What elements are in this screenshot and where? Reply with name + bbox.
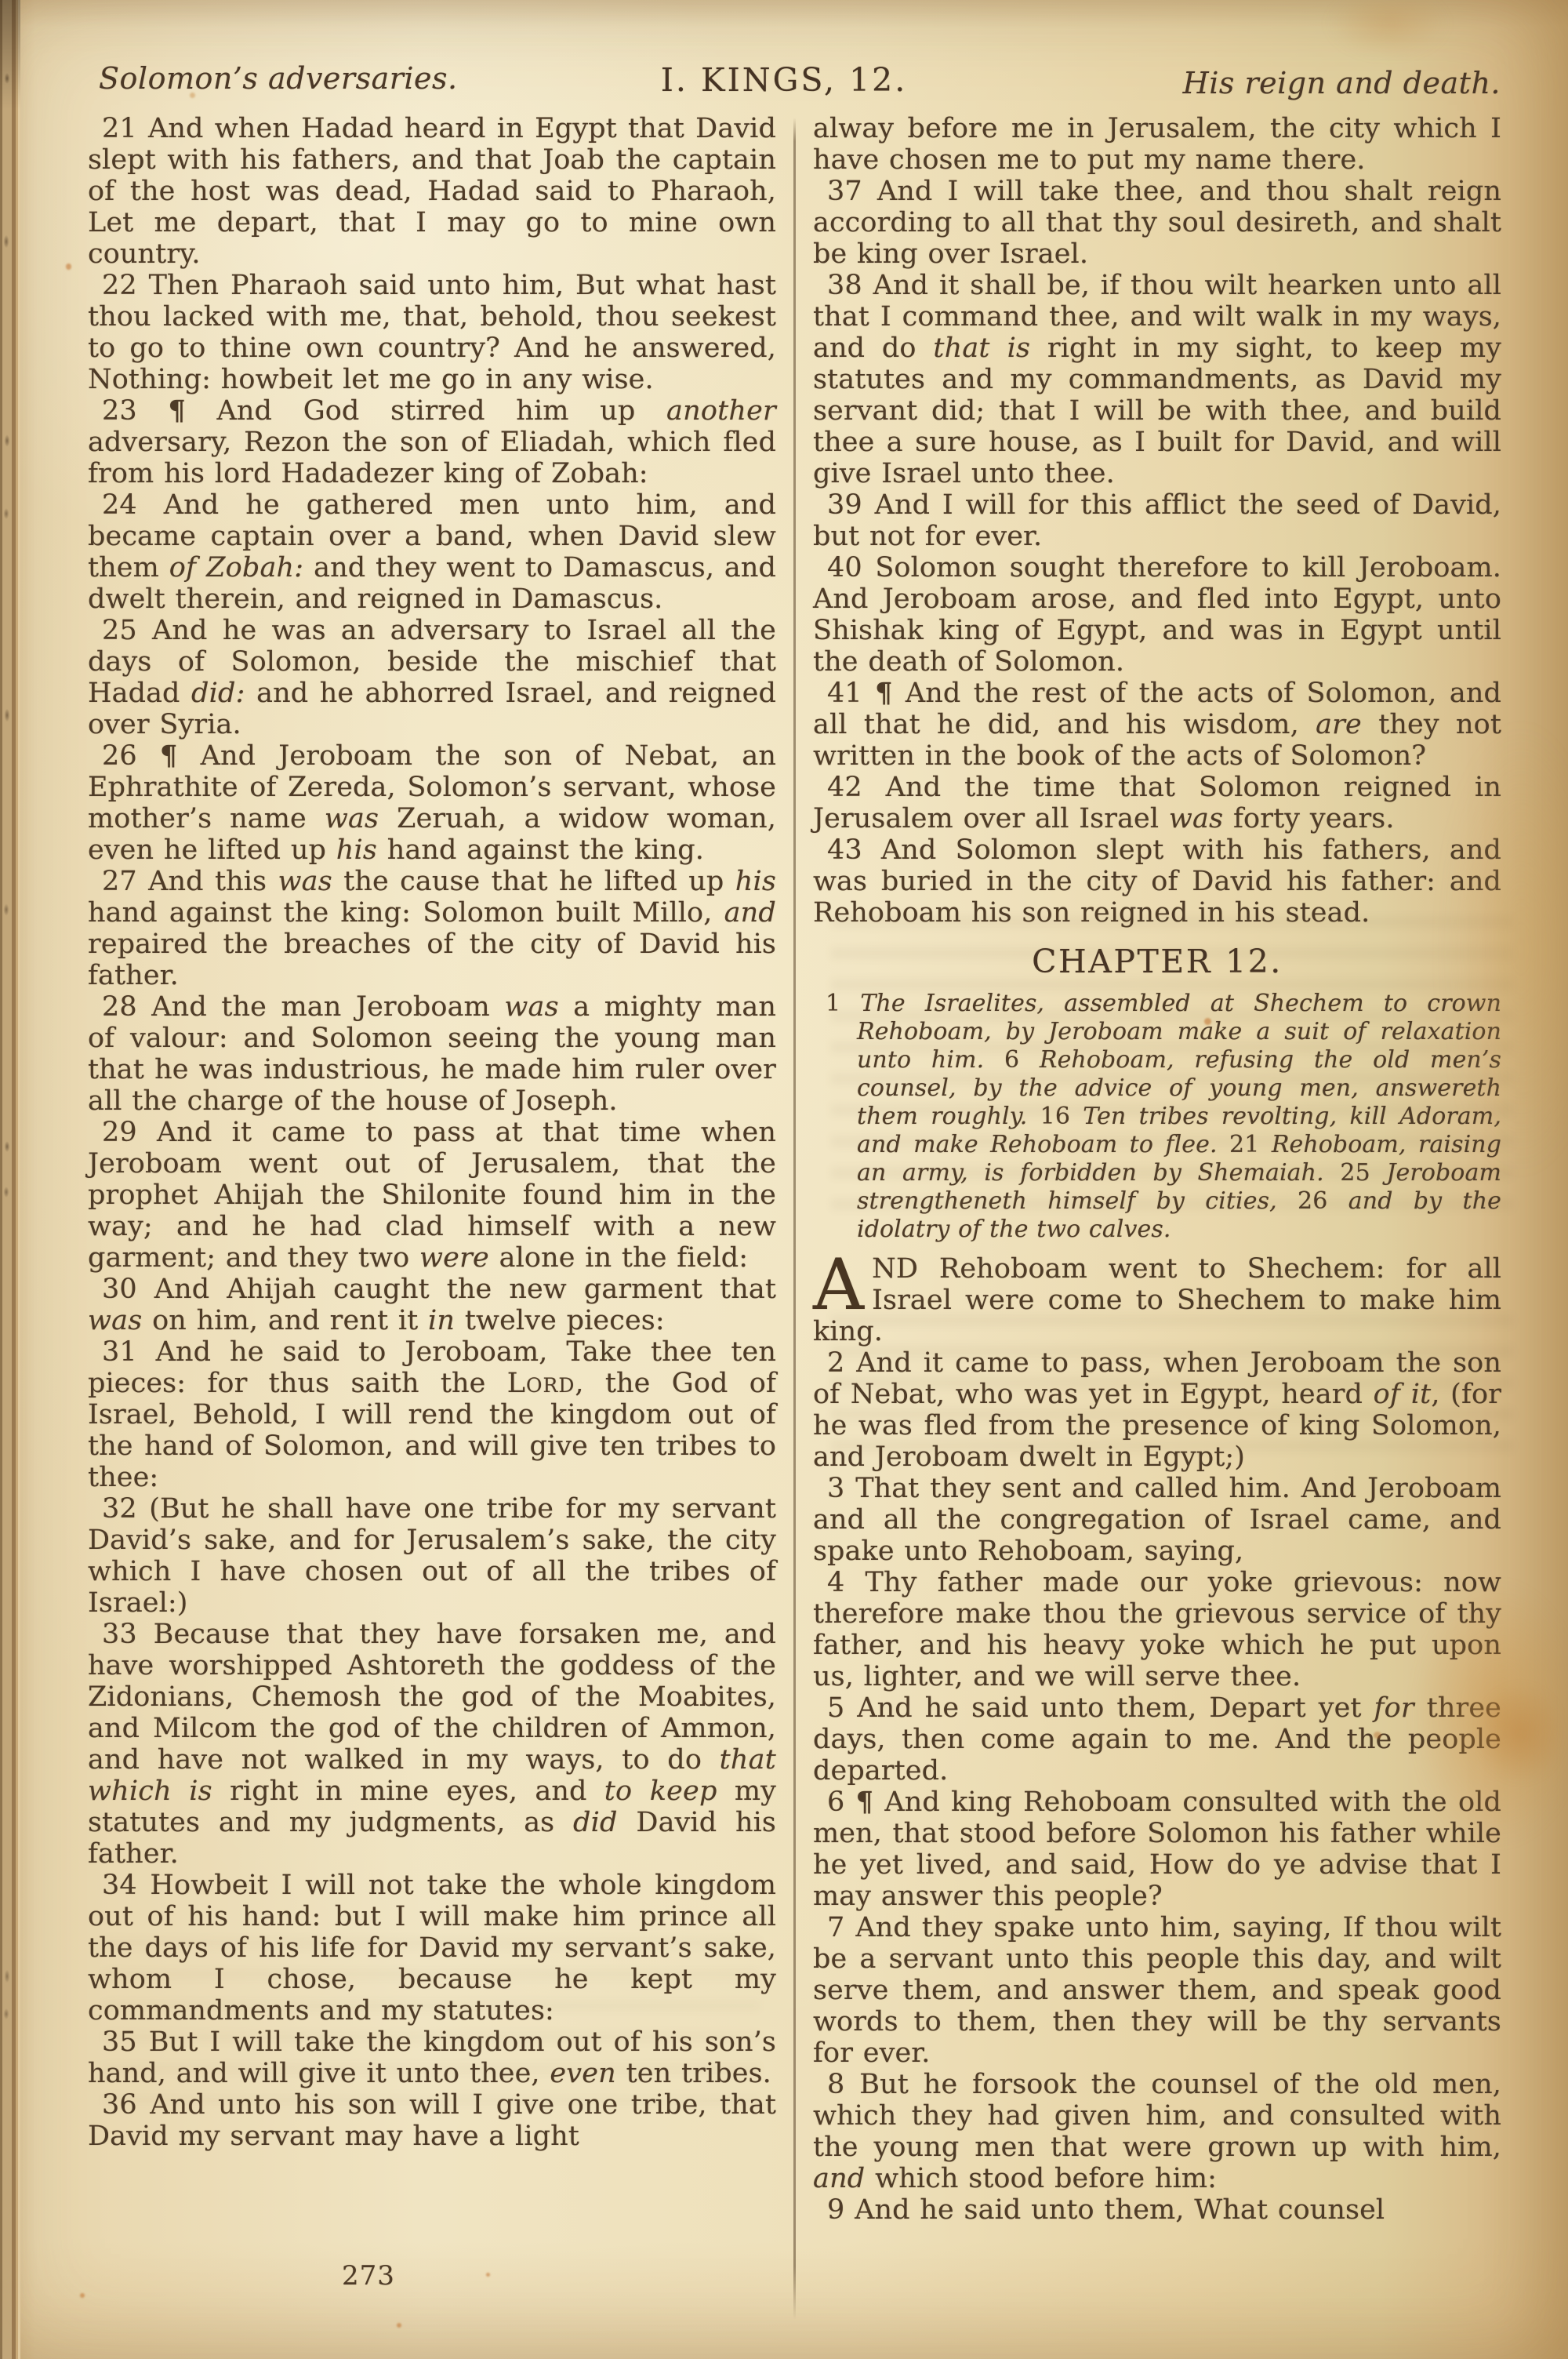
paper-speck — [1374, 1732, 1381, 1739]
verse-42: 42 And the time that Solomon reigned in … — [813, 772, 1501, 834]
verse-number: 43 — [827, 834, 862, 866]
verse-number: 34 — [102, 1870, 137, 1901]
verse-number: 31 — [102, 1336, 137, 1368]
verse-number: 30 — [102, 1274, 137, 1305]
verse-number: 23 — [102, 395, 137, 427]
verse-text: the cause that he lifted up — [332, 866, 735, 897]
verse-text: Thy father made our yoke grievous: now t… — [813, 1567, 1501, 1692]
page-number: 273 — [342, 2260, 395, 2292]
verse-text: forty years. — [1223, 803, 1394, 834]
verse-30: 30 And Ahijah caught the new garment tha… — [88, 1274, 776, 1336]
verse-text: even — [550, 2058, 616, 2089]
verse-text: to keep — [604, 1776, 717, 1807]
verse-number: 36 — [102, 2089, 137, 2121]
verse-text: And God stirred him up — [217, 395, 667, 427]
summary-verse-number: 1 — [826, 990, 860, 1017]
verse-41: 41 ¶ And the rest of the acts of Solomon… — [813, 678, 1501, 772]
verse-number: 42 — [827, 772, 862, 803]
paper-speck — [486, 2273, 490, 2277]
verse-text: And he said unto them, Depart yet — [857, 1692, 1374, 1724]
verse-text: repaired the breaches of the city of Dav… — [88, 929, 776, 991]
verse-number: 26 — [102, 740, 137, 772]
verse-31: 31 And he said to Jeroboam, Take thee te… — [88, 1336, 776, 1493]
verse-number: 8 — [827, 2069, 844, 2100]
verse-number: 4 — [827, 1567, 844, 1598]
verse-24: 24 And he gathered men unto him, and bec… — [88, 489, 776, 615]
summary-verse-number: 25 — [1324, 1159, 1387, 1187]
pilcrow-icon: ¶ — [168, 394, 185, 427]
pilcrow-icon: ¶ — [160, 740, 177, 772]
verse-number: 21 — [102, 113, 137, 144]
verse-text: and — [724, 897, 776, 929]
verse-text: Howbeit I will not take the whole kingdo… — [88, 1870, 776, 2026]
verse-number: 28 — [102, 991, 137, 1023]
two-column-text: 21 And when Hadad heard in Egypt that Da… — [88, 113, 1501, 2320]
verse-33: 33 Because that they have forsaken me, a… — [88, 1619, 776, 1870]
verse-number: 9 — [827, 2194, 844, 2226]
pilcrow-icon: ¶ — [875, 677, 892, 709]
verse-2: 2 And it came to pass, when Jeroboam the… — [813, 1347, 1501, 1473]
verse-text: Then Pharaoh said unto him, But what has… — [88, 270, 776, 395]
verse-text: And Ahijah caught the new garment that — [154, 1274, 776, 1305]
verse-text: alway before me in Jerusalem, the city w… — [813, 113, 1501, 176]
verse-text: and — [813, 2163, 865, 2194]
verse-text: Because that they have forsaken me, and … — [88, 1619, 776, 1776]
verse-number: 39 — [827, 489, 862, 521]
right-running-head: His reign and death. — [1183, 66, 1501, 100]
verse-text: were — [419, 1242, 489, 1274]
verse-text: hand against the king. — [377, 834, 704, 866]
verse-text: And this — [148, 866, 278, 897]
verse-number: 37 — [827, 176, 862, 207]
verse-text: And unto his son will I give one tribe, … — [88, 2089, 776, 2152]
verse-text: was — [504, 991, 558, 1023]
column-divider — [793, 118, 796, 2320]
paper-speck — [397, 2323, 401, 2328]
verse-text: on him, and rent it — [142, 1305, 428, 1336]
verse-text: in — [428, 1305, 455, 1336]
verse-text: And Solomon slept with his fathers, and … — [813, 834, 1501, 929]
previous-page-edge — [0, 0, 20, 2359]
verse-number: 40 — [827, 552, 862, 583]
pilcrow-icon: ¶ — [856, 1786, 873, 1818]
verse-text: of it — [1374, 1379, 1432, 1410]
verse-21: 21 And when Hadad heard in Egypt that Da… — [88, 113, 776, 270]
verse-7: 7 And they spake unto him, saying, If th… — [813, 1912, 1501, 2069]
verse-text: right in mine eyes, and — [212, 1776, 604, 1807]
verse-text: which stood before him: — [865, 2163, 1217, 2194]
verse-number: 22 — [102, 270, 137, 301]
book-page: Solomon’s adversaries. I. KINGS, 12. His… — [0, 0, 1568, 2359]
verse-29: 29 And it came to pass at that time when… — [88, 1117, 776, 1274]
verse-text: And I will take thee, and thou shalt rei… — [813, 176, 1501, 270]
verse-22: 22 Then Pharaoh said unto him, But what … — [88, 270, 776, 395]
verse-number: 3 — [827, 1473, 844, 1504]
verse-number: 27 — [102, 866, 137, 897]
divine-name-small-caps: Lord — [507, 1368, 575, 1399]
verse-number: 2 — [827, 1347, 844, 1379]
summary-verse-number: 16 — [1027, 1103, 1083, 1130]
summary-verse-number: 6 — [984, 1046, 1040, 1074]
verse-text: for — [1374, 1692, 1414, 1724]
verse-text: And king Rehoboam consulted with the old… — [813, 1787, 1501, 1912]
verse-35: 35 But I will take the kingdom out of hi… — [88, 2026, 776, 2089]
verse-37: 37 And I will take thee, and thou shalt … — [813, 176, 1501, 270]
verse-text: ten tribes. — [616, 2058, 771, 2089]
verse-number: 29 — [102, 1117, 137, 1148]
verse-text: another — [666, 395, 776, 427]
verse-text: twelve pieces: — [455, 1305, 665, 1336]
summary-verse-number: 26 — [1277, 1187, 1348, 1215]
verse-text: his — [336, 834, 377, 866]
paper-speck — [80, 2293, 85, 2298]
verse-text: And they spake unto him, saying, If thou… — [813, 1912, 1501, 2069]
verse-text: of Zobah: — [169, 552, 304, 583]
verse-40: 40 Solomon sought therefore to kill Jero… — [813, 552, 1501, 678]
page-header: Solomon’s adversaries. I. KINGS, 12. His… — [0, 61, 1568, 108]
chapter-heading: CHAPTER 12. — [813, 946, 1501, 977]
verse-34: 34 Howbeit I will not take the whole kin… — [88, 1870, 776, 2026]
summary-verse-number: 21 — [1218, 1131, 1272, 1158]
verse-4: 4 Thy father made our yoke grievous: now… — [813, 1567, 1501, 1692]
verse-43: 43 And Solomon slept with his fathers, a… — [813, 834, 1501, 929]
verse-1-dropcap: AND Rehoboam went to Shechem: for all Is… — [813, 1253, 1501, 1347]
verse-text: And the time that Solomon reigned in Jer… — [813, 772, 1501, 834]
verse-number: 5 — [827, 1692, 844, 1724]
verse-number: 33 — [102, 1619, 137, 1650]
verse-text: was — [278, 866, 332, 897]
right-column: alway before me in Jerusalem, the city w… — [813, 113, 1501, 2320]
verse-27: 27 And this was the cause that he lifted… — [88, 866, 776, 991]
verse-23: 23 ¶ And God stirred him up another adve… — [88, 395, 776, 489]
verse-text: That they sent and called him. And Jerob… — [813, 1473, 1501, 1567]
verse-25: 25 And he was an adversary to Israel all… — [88, 615, 776, 740]
verse-text: was — [325, 803, 379, 834]
verse-text: And the man Jeroboam — [151, 991, 504, 1023]
verse-text: And I will for this afflict the seed of … — [813, 489, 1501, 552]
verse-number: 41 — [827, 678, 862, 709]
verse-text: alone in the field: — [489, 1242, 748, 1274]
verse-9: 9 And he said unto them, What counsel — [813, 2194, 1501, 2226]
verse-text: And when Hadad heard in Egypt that David… — [88, 113, 776, 270]
paper-speck — [1204, 1018, 1211, 1025]
verse-text: (But he shall have one tribe for my serv… — [88, 1493, 776, 1619]
verse-number: 7 — [827, 1912, 844, 1943]
verse-number: 24 — [102, 489, 137, 521]
verse-text: his — [735, 866, 776, 897]
verse-continuation: alway before me in Jerusalem, the city w… — [813, 113, 1501, 176]
verse-5: 5 And he said unto them, Depart yet for … — [813, 1692, 1501, 1787]
verse-text: was — [1169, 803, 1223, 834]
paper-stain — [1301, 0, 1474, 71]
paper-speck — [66, 264, 71, 270]
book-chapter-title: I. KINGS, 12. — [661, 61, 908, 99]
verse-number: 32 — [102, 1493, 137, 1525]
verse-39: 39 And I will for this afflict the seed … — [813, 489, 1501, 552]
verse-text: And he said unto them, What counsel — [855, 2194, 1385, 2226]
verse-26: 26 ¶ And Jeroboam the son of Nebat, an E… — [88, 740, 776, 866]
left-column: 21 And when Hadad heard in Egypt that Da… — [88, 113, 776, 2320]
verse-32: 32 (But he shall have one tribe for my s… — [88, 1493, 776, 1619]
verse-text: But he forsook the counsel of the old me… — [813, 2069, 1501, 2163]
verse-text: did: — [191, 678, 245, 709]
verse-text: was — [88, 1305, 142, 1336]
verse-number: 38 — [827, 270, 862, 301]
chapter-summary: 1 The Israelites, assembled at Shechem t… — [813, 990, 1501, 1244]
verse-number: 6 — [827, 1787, 844, 1818]
verse-text: hand against the king: Solomon built Mil… — [88, 897, 724, 929]
drop-cap-letter: A — [813, 1256, 864, 1315]
verse-number: 35 — [102, 2026, 137, 2058]
verse-text: are — [1316, 709, 1362, 740]
verse-36: 36 And unto his son will I give one trib… — [88, 2089, 776, 2152]
verse-6: 6 ¶ And king Rehoboam consulted with the… — [813, 1787, 1501, 1912]
verse-text: adversary, Rezon the son of Eliadah, whi… — [88, 427, 776, 489]
verse-text: did — [573, 1807, 618, 1838]
verse-text: ND Rehoboam went to Shechem: for all Isr… — [813, 1253, 1501, 1347]
paper-speck — [190, 93, 195, 98]
verse-28: 28 And the man Jeroboam was a mighty man… — [88, 991, 776, 1117]
verse-38: 38 And it shall be, if thou wilt hearken… — [813, 270, 1501, 489]
verse-3: 3 That they sent and called him. And Jer… — [813, 1473, 1501, 1567]
verse-text: Solomon sought therefore to kill Jeroboa… — [813, 552, 1501, 678]
verse-number: 25 — [102, 615, 137, 646]
left-running-head: Solomon’s adversaries. — [99, 61, 458, 96]
verse-text: that is — [933, 333, 1030, 364]
verse-8: 8 But he forsook the counsel of the old … — [813, 2069, 1501, 2194]
